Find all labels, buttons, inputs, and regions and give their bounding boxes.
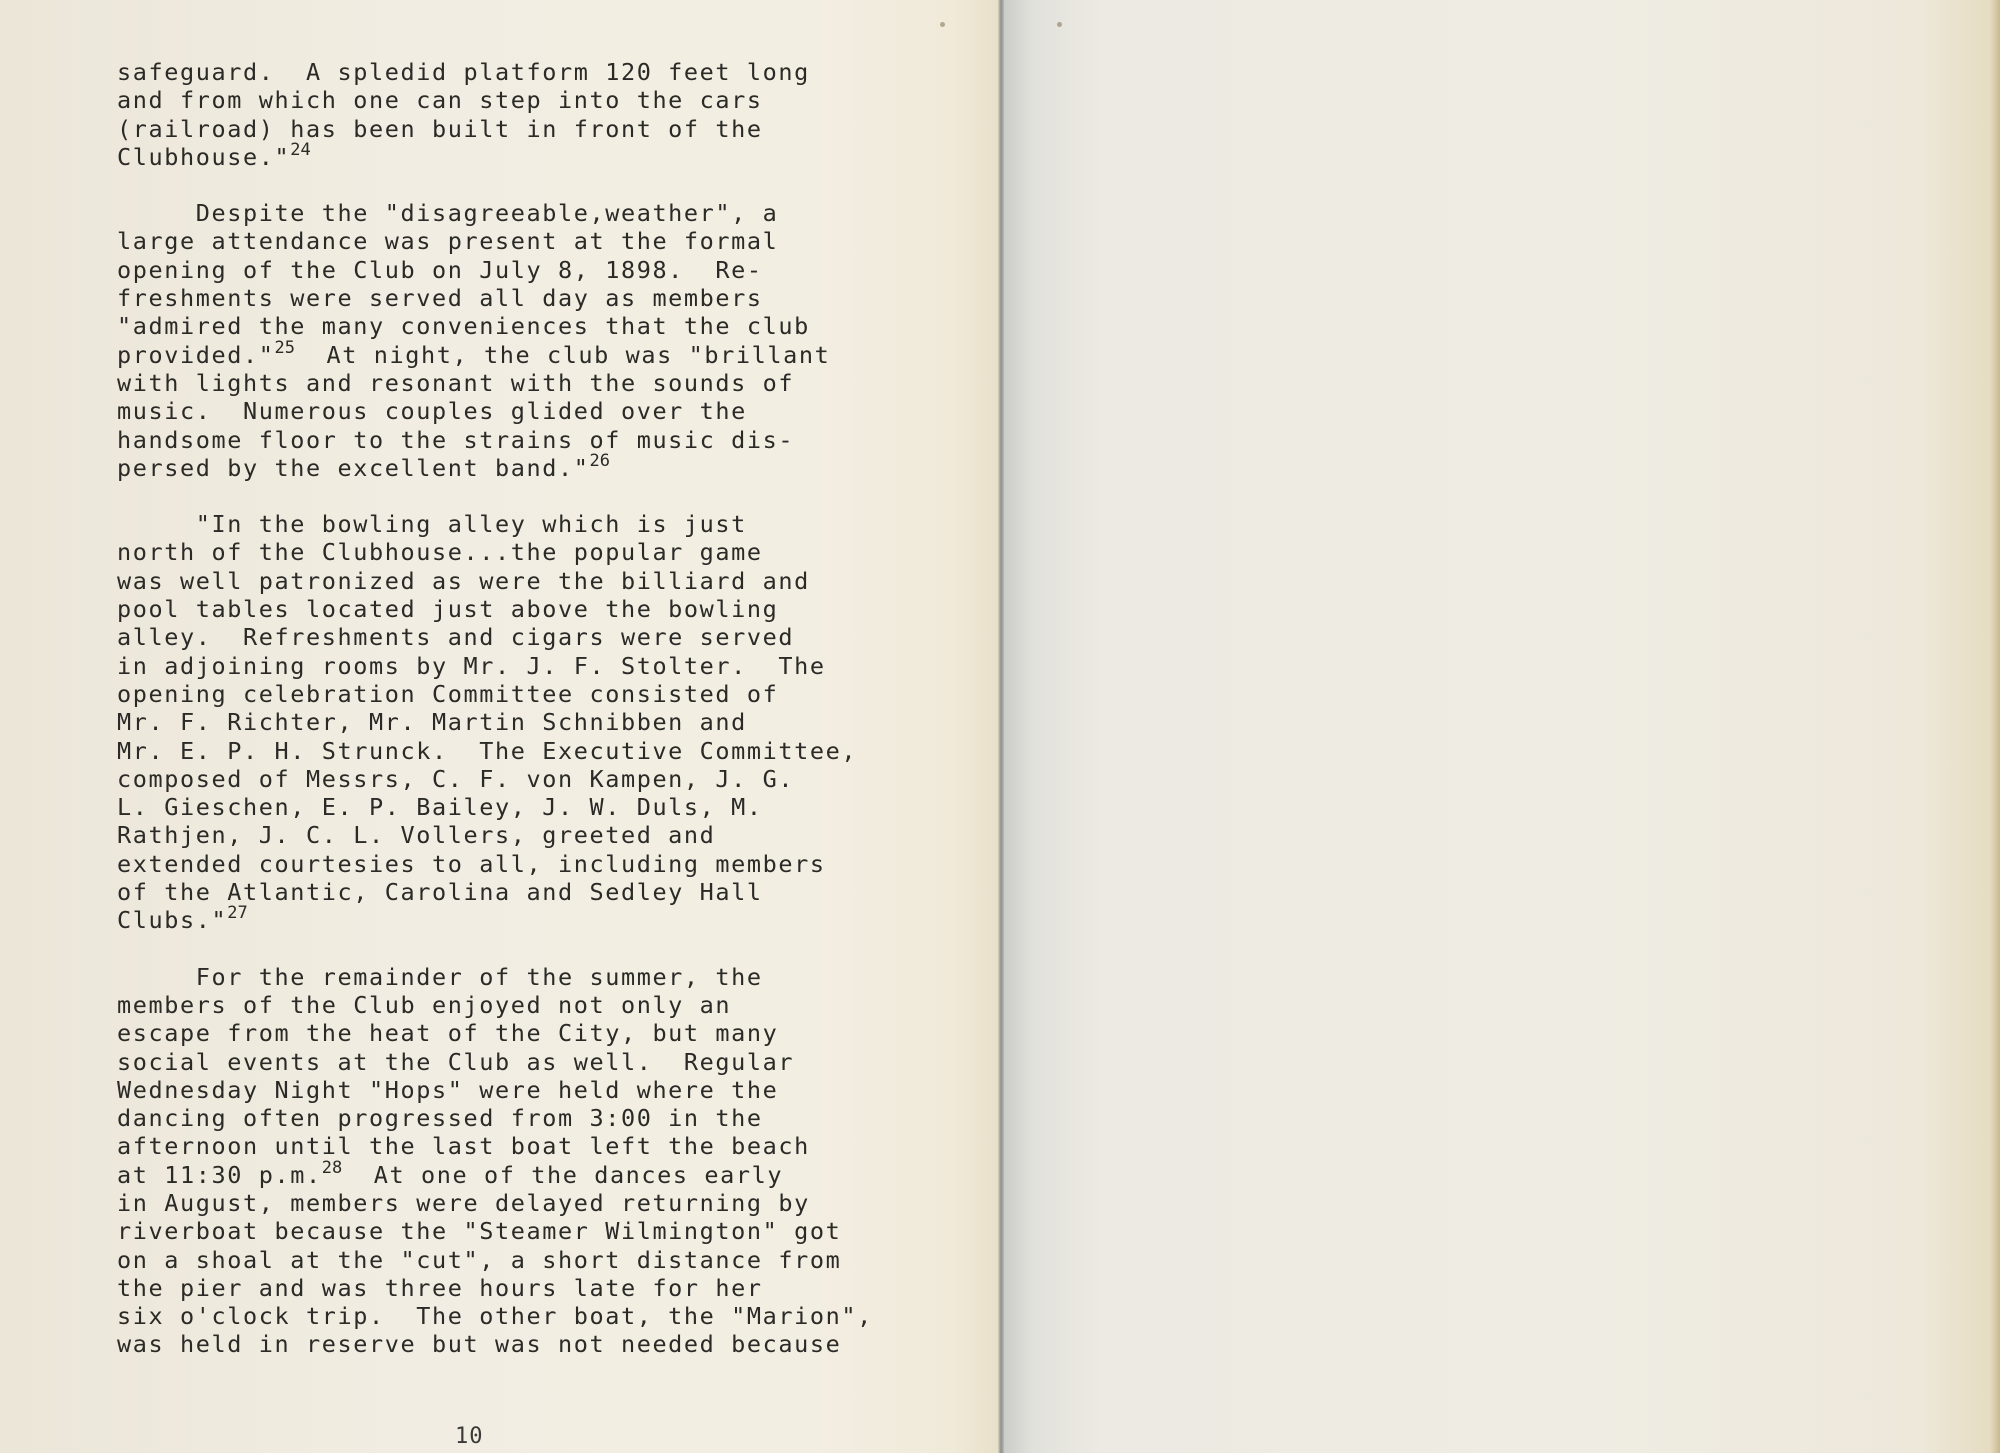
text-line: was held in reserve but was not needed b…	[117, 1330, 977, 1358]
text-line: of the Atlantic, Carolina and Sedley Hal…	[117, 878, 977, 906]
text-line: provided."25 At night, the club was "bri…	[117, 341, 977, 369]
text-line: Wednesday Night "Hops" were held where t…	[117, 1076, 977, 1104]
text-line: at 11:30 p.m.28 At one of the dances ear…	[117, 1161, 977, 1189]
paragraph: Despite the "disagreeable,weather", alar…	[117, 199, 977, 482]
text-line: safeguard. A spledid platform 120 feet l…	[117, 58, 977, 86]
paragraph: "In the bowling alley which is justnorth…	[117, 510, 977, 934]
text-line: Rathjen, J. C. L. Vollers, greeted and	[117, 821, 977, 849]
text-line: "admired the many conveniences that the …	[117, 312, 977, 340]
text-line: Clubs."27	[117, 906, 977, 934]
text-line: pool tables located just above the bowli…	[117, 595, 977, 623]
text-line: and from which one can step into the car…	[117, 86, 977, 114]
text-line: freshments were served all day as member…	[117, 284, 977, 312]
text-line: handsome floor to the strains of music d…	[117, 426, 977, 454]
left-page-text: safeguard. A spledid platform 120 feet l…	[117, 58, 977, 1359]
text-line: Despite the "disagreeable,weather", a	[117, 199, 977, 227]
book-gutter	[998, 0, 1004, 1453]
footnote-marker: 28	[322, 1158, 342, 1178]
paragraph: safeguard. A spledid platform 120 feet l…	[117, 58, 977, 171]
text-line: riverboat because the "Steamer Wilmingto…	[117, 1217, 977, 1245]
text-line: escape from the heat of the City, but ma…	[117, 1019, 977, 1047]
text-line: in August, members were delayed returnin…	[117, 1189, 977, 1217]
footnote-marker: 27	[227, 903, 247, 923]
page-number-left: 10	[455, 1424, 484, 1449]
text-line: was well patronized as were the billiard…	[117, 567, 977, 595]
paragraph-gap	[117, 935, 977, 963]
text-line: dancing often progressed from 3:00 in th…	[117, 1104, 977, 1132]
text-line: alley. Refreshments and cigars were serv…	[117, 623, 977, 651]
text-line: the pier and was three hours late for he…	[117, 1274, 977, 1302]
text-line: social events at the Club as well. Regul…	[117, 1048, 977, 1076]
paper-speck	[940, 22, 945, 27]
text-line: members of the Club enjoyed not only an	[117, 991, 977, 1019]
text-line: Mr. E. P. H. Strunck. The Executive Comm…	[117, 737, 977, 765]
book-spread: safeguard. A spledid platform 120 feet l…	[0, 0, 2000, 1453]
text-line: composed of Messrs, C. F. von Kampen, J.…	[117, 765, 977, 793]
right-page: the "Wilmington" was extricated from the…	[1002, 0, 2000, 1453]
text-line: persed by the excellent band."26	[117, 454, 977, 482]
text-line: L. Gieschen, E. P. Bailey, J. W. Duls, M…	[117, 793, 977, 821]
text-line: For the remainder of the summer, the	[117, 963, 977, 991]
left-page: safeguard. A spledid platform 120 feet l…	[0, 0, 1002, 1453]
text-line: Clubhouse."24	[117, 143, 977, 171]
text-line: in adjoining rooms by Mr. J. F. Stolter.…	[117, 652, 977, 680]
text-line: afternoon until the last boat left the b…	[117, 1132, 977, 1160]
text-line: music. Numerous couples glided over the	[117, 397, 977, 425]
text-line: large attendance was present at the form…	[117, 227, 977, 255]
text-line: (railroad) has been built in front of th…	[117, 115, 977, 143]
text-line: opening of the Club on July 8, 1898. Re-	[117, 256, 977, 284]
footnote-marker: 25	[274, 338, 294, 358]
footnote-marker: 26	[589, 451, 609, 471]
paragraph-gap	[117, 171, 977, 199]
text-line: north of the Clubhouse...the popular gam…	[117, 538, 977, 566]
text-line: opening celebration Committee consisted …	[117, 680, 977, 708]
paragraph-gap	[117, 482, 977, 510]
text-line: with lights and resonant with the sounds…	[117, 369, 977, 397]
text-line: on a shoal at the "cut", a short distanc…	[117, 1246, 977, 1274]
footnote-marker: 24	[290, 140, 310, 160]
paragraph: For the remainder of the summer, thememb…	[117, 963, 977, 1359]
text-line: "In the bowling alley which is just	[117, 510, 977, 538]
paper-speck	[1057, 22, 1062, 27]
text-line: Mr. F. Richter, Mr. Martin Schnibben and	[117, 708, 977, 736]
text-line: six o'clock trip. The other boat, the "M…	[117, 1302, 977, 1330]
text-line: extended courtesies to all, including me…	[117, 850, 977, 878]
